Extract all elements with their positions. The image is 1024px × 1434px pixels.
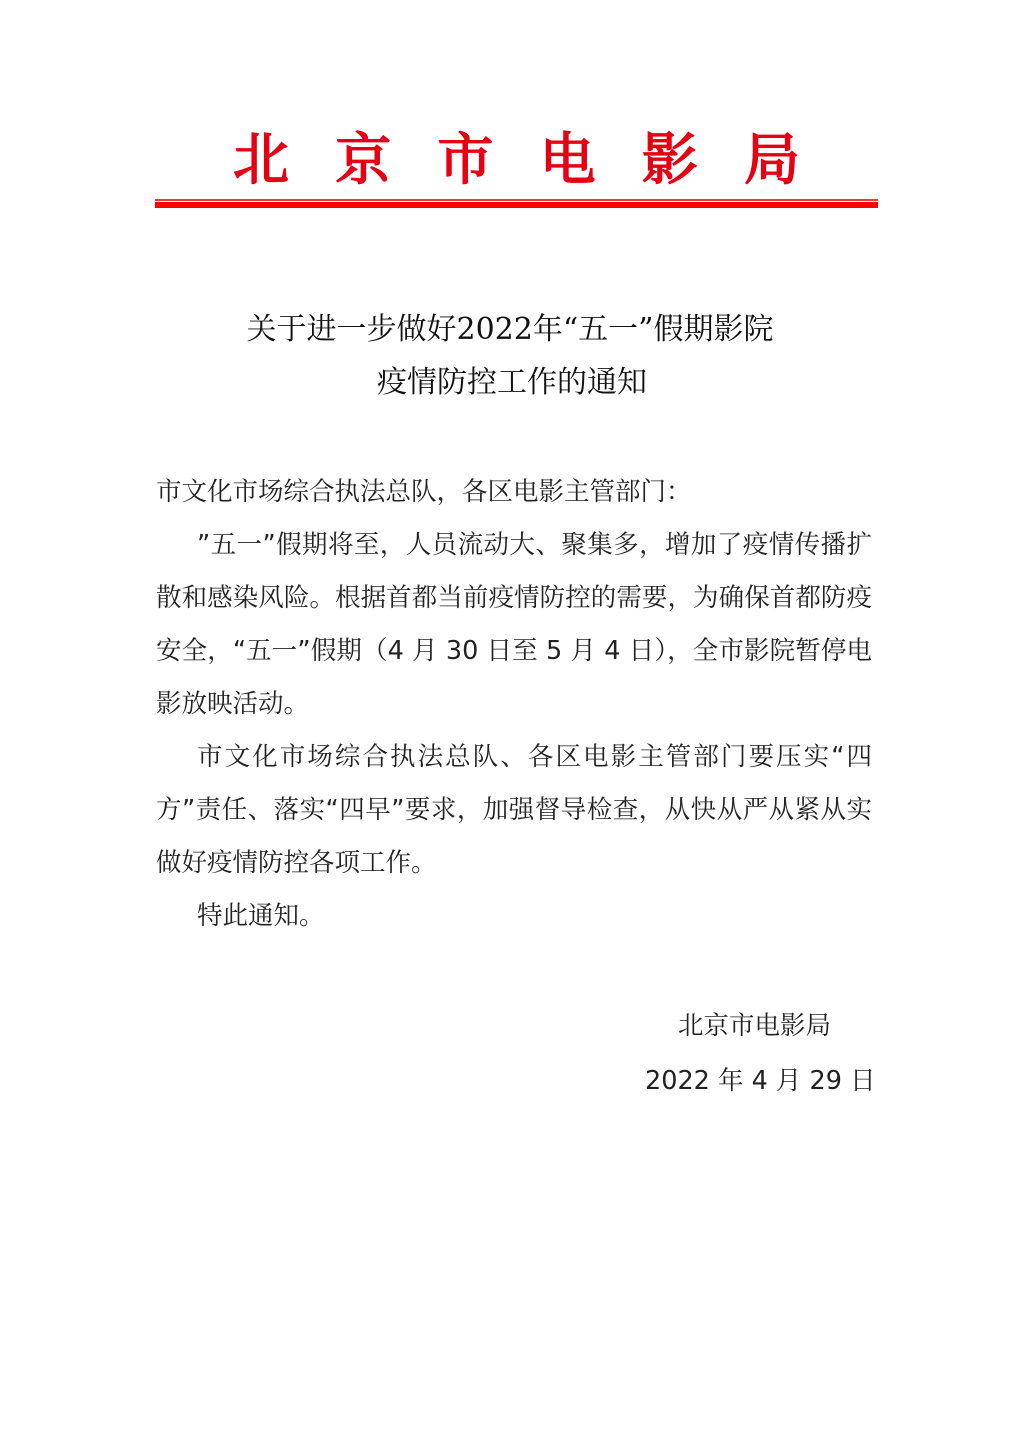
letterhead-title: 北 京 市 电 影 局 — [155, 128, 878, 192]
letterhead-divider-thick — [155, 202, 878, 208]
letterhead-char: 电 — [540, 128, 596, 192]
body-paragraph-2: 市文化市场综合执法总队、各区电影主管部门要压实“四方”责任、落实“四早”要求，加… — [156, 731, 872, 890]
letterhead-divider-thin — [155, 199, 878, 201]
letterhead-char: 北 — [233, 128, 289, 192]
document-body: 市文化市场综合执法总队，各区电影主管部门： ”五一”假期将至，人员流动大、聚集多… — [156, 466, 872, 943]
signature-date: 2022 年 4 月 29 日 — [645, 1061, 876, 1101]
closing-phrase: 特此通知。 — [156, 890, 872, 943]
salutation: 市文化市场综合执法总队，各区电影主管部门： — [156, 466, 872, 519]
letterhead-char: 局 — [744, 128, 800, 192]
document-title-line-1: 关于进一步做好2022年“五一”假期影院 — [0, 310, 1022, 350]
signature-organization: 北京市电影局 — [678, 1006, 831, 1046]
letterhead-char: 影 — [642, 128, 698, 192]
document-title-line-2: 疫情防控工作的通知 — [0, 363, 1024, 403]
letterhead-char: 京 — [335, 128, 391, 192]
body-paragraph-1: ”五一”假期将至，人员流动大、聚集多，增加了疫情传播扩散和感染风险。根据首都当前… — [156, 519, 872, 731]
letterhead-char: 市 — [437, 128, 493, 192]
